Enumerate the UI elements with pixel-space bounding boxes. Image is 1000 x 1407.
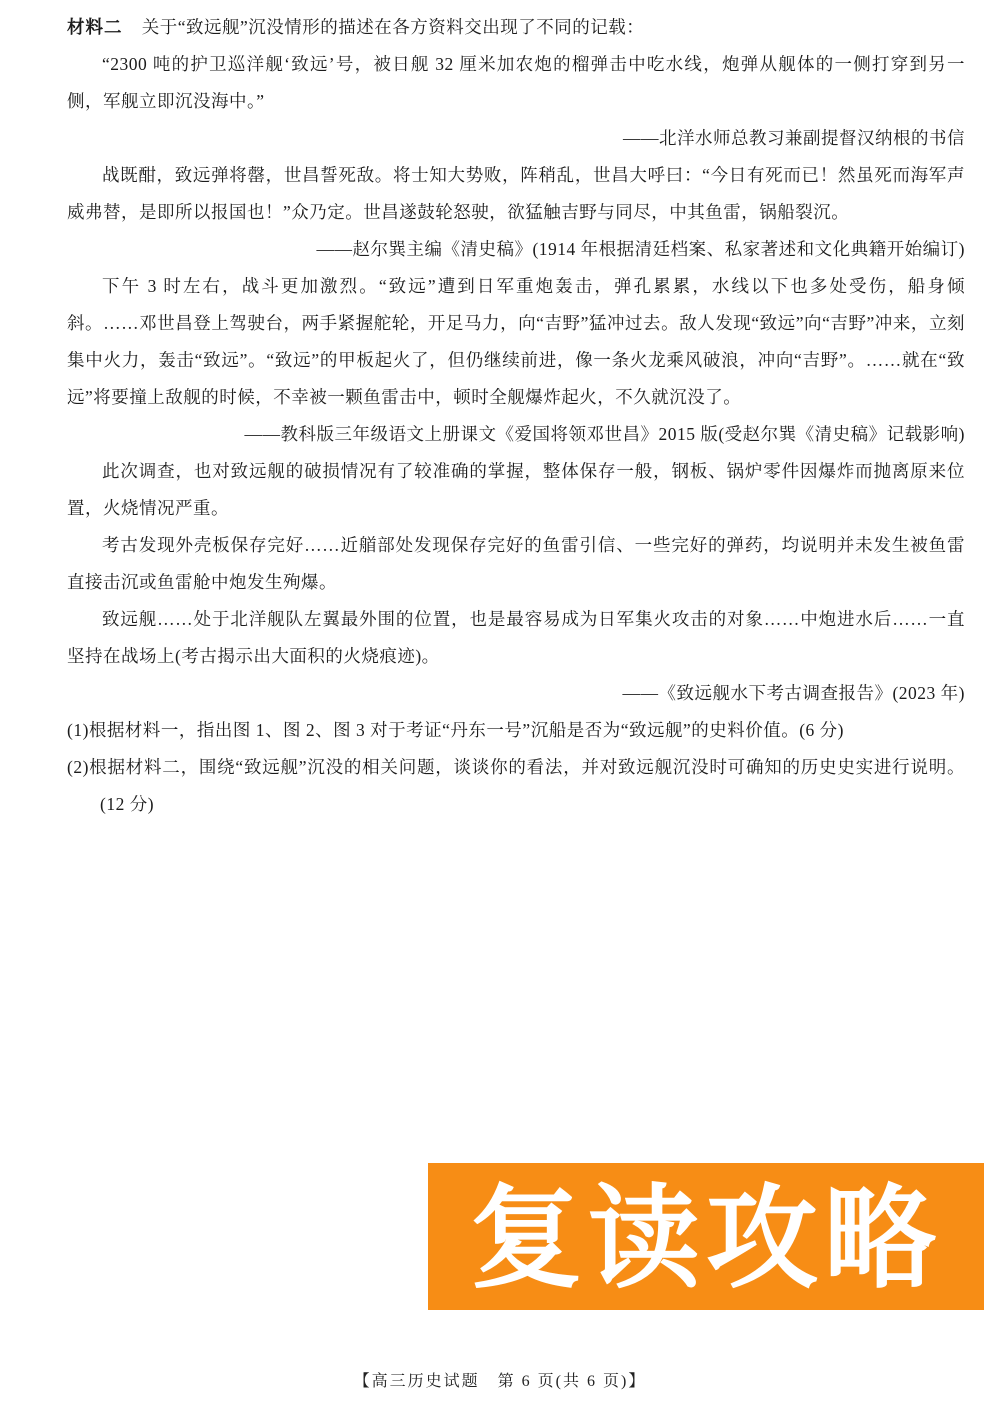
page-footer: 【高三历史试题 第 6 页(共 6 页)】 — [0, 1368, 1000, 1391]
exam-paper-page: 材料二关于“致远舰”沉没情形的描述在各方资料交出现了不同的记载： “2300 吨… — [0, 0, 1000, 1407]
source-hannaken-letter: ——北洋水师总教习兼副提督汉纳根的书信 — [67, 120, 965, 157]
material-intro-line: 材料二关于“致远舰”沉没情形的描述在各方资料交出现了不同的记载： — [67, 9, 965, 46]
repeat-study-guide-banner: 复读攻略 — [428, 1163, 984, 1310]
question-2: (2)根据材料二，围绕“致远舰”沉没的相关问题，谈谈你的看法，并对致远舰沉没时可… — [67, 749, 965, 823]
source-qingshigao: ——赵尔巽主编《清史稿》(1914 年根据清廷档案、私家著述和文化典籍开始编订) — [67, 231, 965, 268]
material-two-section: 材料二关于“致远舰”沉没情形的描述在各方资料交出现了不同的记载： “2300 吨… — [67, 9, 965, 823]
footer-text: 【高三历史试题 第 6 页(共 6 页)】 — [354, 1373, 647, 1390]
banner-text: 复读攻略 — [470, 1183, 942, 1295]
archaeology-position-paragraph: 致远舰……处于北洋舰队左翼最外围的位置，也是最容易成为日军集火攻击的对象……中炮… — [67, 601, 965, 675]
archaeology-hull-paragraph: 考古发现外壳板保存完好……近艏部处发现保存完好的鱼雷引信、一些完好的弹药，均说明… — [67, 527, 965, 601]
source-archaeology-report: ——《致远舰水下考古调查报告》(2023 年) — [67, 675, 965, 712]
material-label: 材料二 — [67, 17, 123, 37]
material-intro-text: 关于“致远舰”沉没情形的描述在各方资料交出现了不同的记载： — [142, 17, 645, 37]
archaeology-survey-paragraph: 此次调查，也对致远舰的破损情况有了较准确的掌握，整体保存一般，钢板、锅炉零件因爆… — [67, 453, 965, 527]
quote-qingshigao: 战既酣，致远弹将罄，世昌誓死敌。将士知大势败，阵稍乱，世昌大呼曰：“今日有死而已… — [67, 157, 965, 231]
question-1: (1)根据材料一，指出图 1、图 2、图 3 对于考证“丹东一号”沉船是否为“致… — [67, 712, 965, 749]
source-textbook: ——教科版三年级语文上册课文《爱国将领邓世昌》2015 版(受赵尔巽《清史稿》记… — [67, 416, 965, 453]
quote-textbook: 下午 3 时左右，战斗更加激烈。“致远”遭到日军重炮轰击，弹孔累累，水线以下也多… — [67, 268, 965, 416]
quote-hannaken-letter: “2300 吨的护卫巡洋舰‘致远’号，被日舰 32 厘米加农炮的榴弹击中吃水线，… — [67, 46, 965, 120]
